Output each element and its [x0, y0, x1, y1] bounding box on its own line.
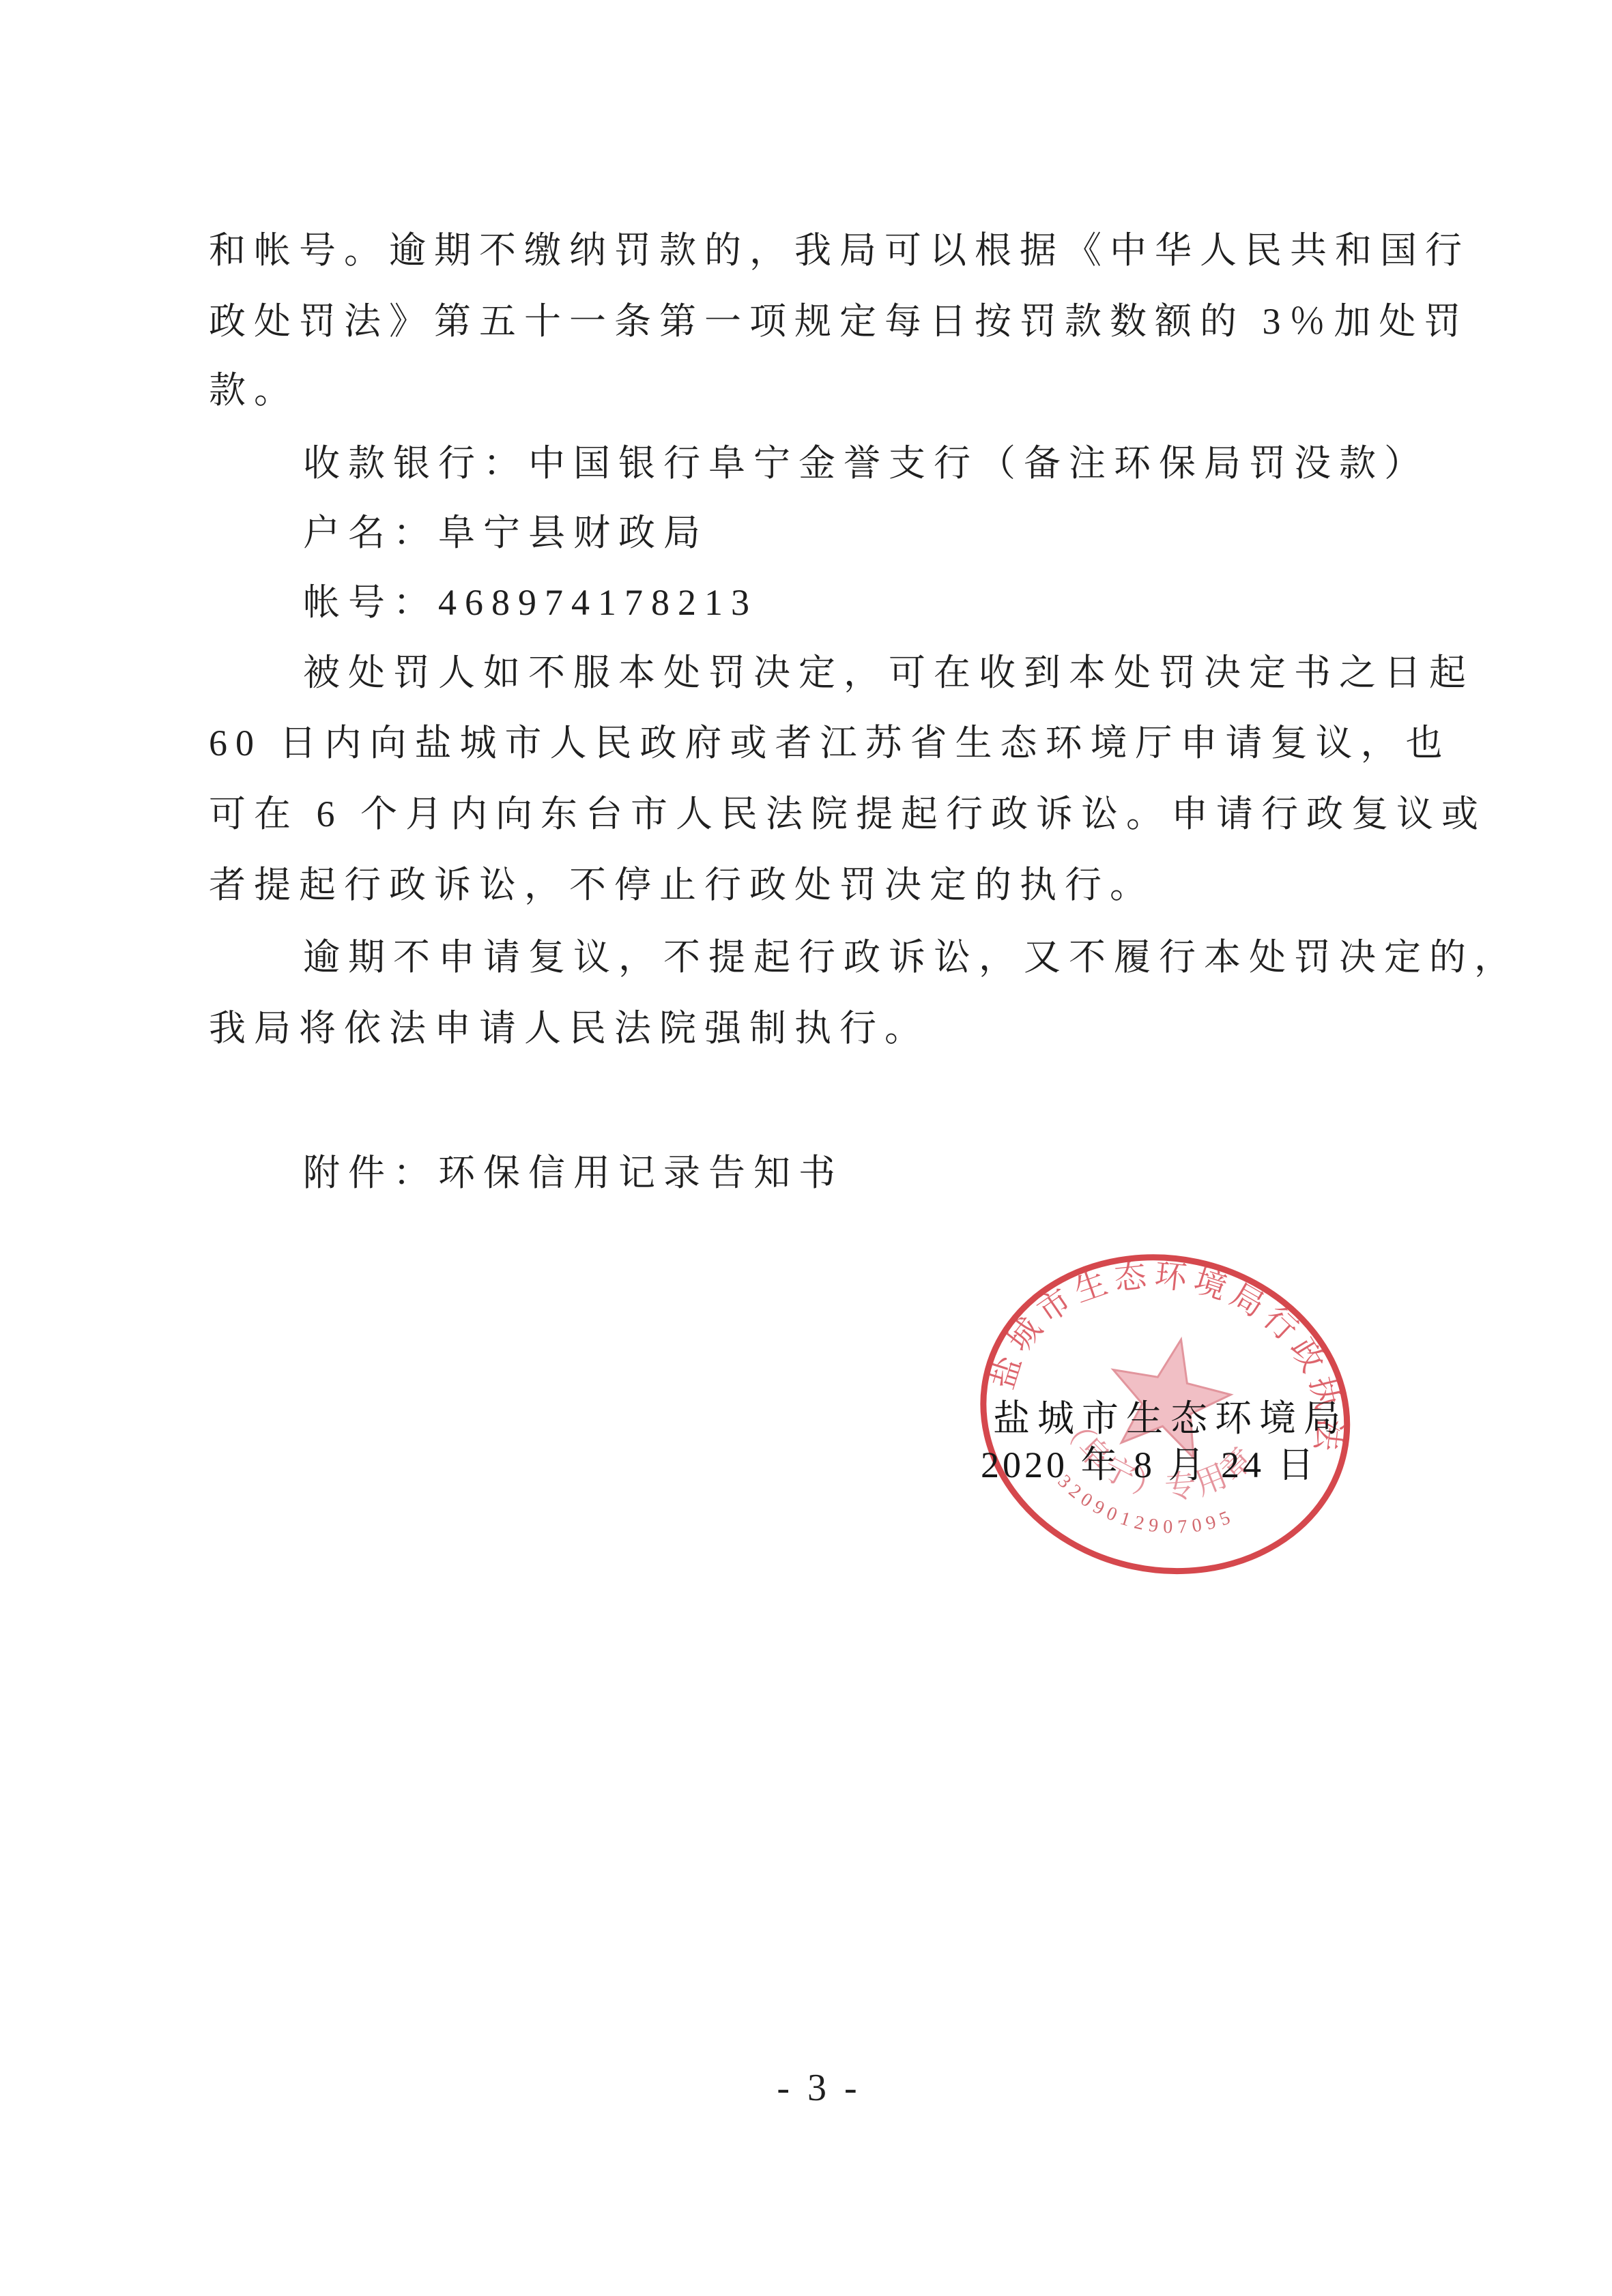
body-line-account-name: 户名：阜宁县财政局 — [209, 512, 1600, 554]
body-line-account-number: 帐号：468974178213 — [209, 581, 1600, 624]
body-line: 款。 — [209, 369, 1506, 411]
body-line: 被处罚人如不服本处罚决定，可在收到本处罚决定书之日起 — [209, 652, 1600, 694]
body-line: 者提起行政诉讼，不停止行政处罚决定的执行。 — [209, 864, 1506, 906]
issue-date: 2020 年 8 月 24 日 — [981, 1436, 1318, 1488]
attachment-line: 附件：环保信用记录告知书 — [209, 1152, 1600, 1194]
page-number: - 3 - — [737, 2066, 901, 2110]
body-line: 政处罚法》第五十一条第一项规定每日按罚款数额的 3％加处罚 — [209, 300, 1506, 343]
issuing-agency: 盐城市生态环境局 — [993, 1389, 1348, 1442]
body-line: 60 日内向盐城市人民政府或者江苏省生态环境厅申请复议，也 — [209, 722, 1506, 764]
body-line: 我局将依法申请人民法院强制执行。 — [209, 1007, 1506, 1049]
body-line: 逾期不申请复议，不提起行政诉讼，又不履行本处罚决定的， — [209, 936, 1600, 978]
body-line: 可在 6 个月内向东台市人民法院提起行政诉讼。申请行政复议或 — [209, 793, 1506, 835]
document-page: 和帐号。逾期不缴纳罚款的，我局可以根据《中华人民共和国行 政处罚法》第五十一条第… — [0, 0, 1612, 2296]
body-line: 和帐号。逾期不缴纳罚款的，我局可以根据《中华人民共和国行 — [209, 229, 1506, 272]
body-line-bank: 收款银行：中国银行阜宁金誉支行（备注环保局罚没款） — [209, 442, 1600, 484]
